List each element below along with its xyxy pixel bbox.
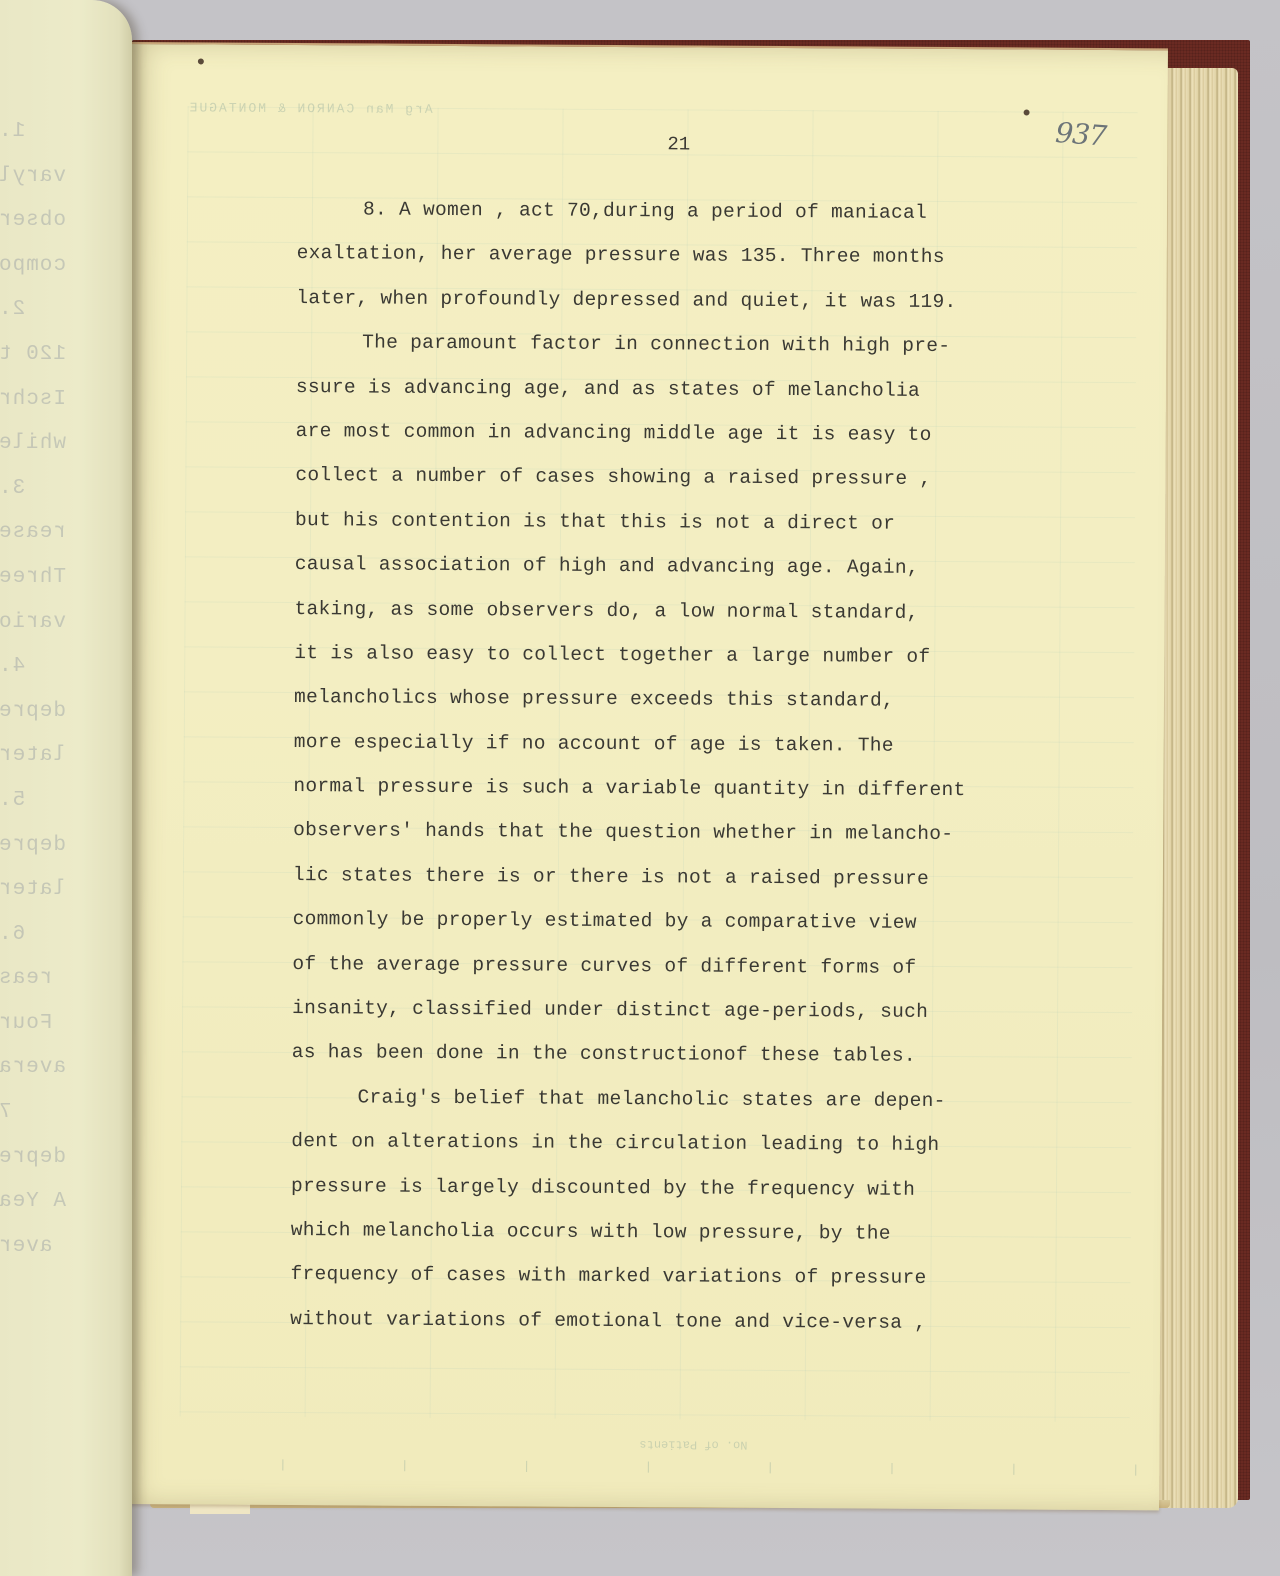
text-line: causal association of high and advancing… xyxy=(295,542,1055,591)
text-line: exaltation, her average pressure was 135… xyxy=(297,231,1057,280)
bleed-line: depre xyxy=(0,834,118,879)
text-line: collect a number of cases showing a rais… xyxy=(295,453,1055,502)
bleed-line: 2. xyxy=(0,298,118,343)
ghost-axis-ticks: |||||||| xyxy=(279,1458,1139,1477)
bleed-line: 7 xyxy=(0,1101,118,1146)
paragraph-case-8: 8. A women , act 70,during a period of m… xyxy=(296,187,1057,325)
bleed-line: 120 t xyxy=(0,343,118,388)
text-line: observers' hands that the question wheth… xyxy=(293,808,1053,857)
text-line: ssure is advancing age, and as states of… xyxy=(296,365,1056,414)
bleed-line: A Yea xyxy=(0,1190,118,1235)
text-line: dent on alterations in the circulation l… xyxy=(291,1119,1051,1168)
page-number: 21 xyxy=(667,133,690,155)
text-line: but his contention is that this is not a… xyxy=(295,498,1055,547)
text-line: commonly be properly estimated by a comp… xyxy=(293,897,1053,946)
text-line: Craig's belief that melancholic states a… xyxy=(291,1075,1051,1124)
punch-hole-dot xyxy=(1024,109,1030,115)
bleed-line: later xyxy=(0,878,118,923)
text-line: as has been done in the constructionof t… xyxy=(292,1030,1052,1079)
bleed-line: later xyxy=(0,744,118,789)
bleed-line: 6. xyxy=(0,923,118,968)
bleed-line: Three xyxy=(0,566,118,611)
bleed-line: rease xyxy=(0,521,118,566)
bleed-line: depre xyxy=(0,1146,118,1191)
bleed-line: depre xyxy=(0,700,118,745)
text-line: The paramount factor in connection with … xyxy=(296,320,1056,369)
handwritten-folio-number: 937 xyxy=(1054,116,1107,153)
facing-page-left: 1. varyl obser compo 2. 120 t Ischr whil… xyxy=(0,0,132,1576)
bleed-line: avera xyxy=(0,1056,118,1101)
text-line: lic states there is or there is not a ra… xyxy=(293,853,1053,902)
bleed-line: varyl xyxy=(0,165,118,210)
text-line: without variations of emotional tone and… xyxy=(290,1297,1050,1346)
bleed-line: 4. xyxy=(0,655,118,700)
facing-page-bleed-text: 1. varyl obser compo 2. 120 t Ischr whil… xyxy=(0,120,118,1279)
text-line: of the average pressure curves of differ… xyxy=(292,942,1052,991)
text-line: it is also easy to collect together a la… xyxy=(294,631,1054,680)
bleed-line: Ischr xyxy=(0,388,118,433)
paragraph-craigs-belief: Craig's belief that melancholic states a… xyxy=(290,1075,1052,1346)
bleed-line: Four xyxy=(0,1012,118,1057)
text-line: frequency of cases with marked variation… xyxy=(290,1252,1050,1301)
bleed-line: 1. xyxy=(0,120,118,165)
text-line: normal pressure is such a variable quant… xyxy=(293,764,1053,813)
text-line: pressure is largely discounted by the fr… xyxy=(291,1164,1051,1213)
ghost-axis-label: No. of Patients xyxy=(639,1437,747,1452)
bleed-line: obser xyxy=(0,209,118,254)
punch-hole-dot xyxy=(198,58,204,64)
text-line: more especially if no account of age is … xyxy=(294,720,1054,769)
text-line: are most common in advancing middle age … xyxy=(295,409,1055,458)
text-line: which melancholia occurs with low pressu… xyxy=(291,1208,1051,1257)
text-line: insanity, classified under distinct age-… xyxy=(292,986,1052,1035)
bleed-line: 5. xyxy=(0,789,118,834)
bleed-line: compo xyxy=(0,254,118,299)
bleed-line: reas xyxy=(0,967,118,1012)
bleed-line: 3. xyxy=(0,477,118,522)
text-line: taking, as some observers do, a low norm… xyxy=(294,587,1054,636)
typescript-page: Arg Man CANRON & MONTAGUE No. of Patient… xyxy=(119,42,1168,1510)
ghost-print-header: Arg Man CANRON & MONTAGUE xyxy=(188,100,433,116)
text-line: 8. A women , act 70,during a period of m… xyxy=(297,187,1057,236)
bleed-line: aver xyxy=(0,1235,118,1280)
text-line: melancholics whose pressure exceeds this… xyxy=(294,675,1054,724)
typescript-body: 8. A women , act 70,during a period of m… xyxy=(290,187,1057,1346)
paragraph-paramount-factor: The paramount factor in connection with … xyxy=(292,320,1057,1079)
bleed-line: while xyxy=(0,432,118,477)
text-line: later, when profoundly depressed and qui… xyxy=(296,276,1056,325)
bleed-line: vario xyxy=(0,611,118,656)
